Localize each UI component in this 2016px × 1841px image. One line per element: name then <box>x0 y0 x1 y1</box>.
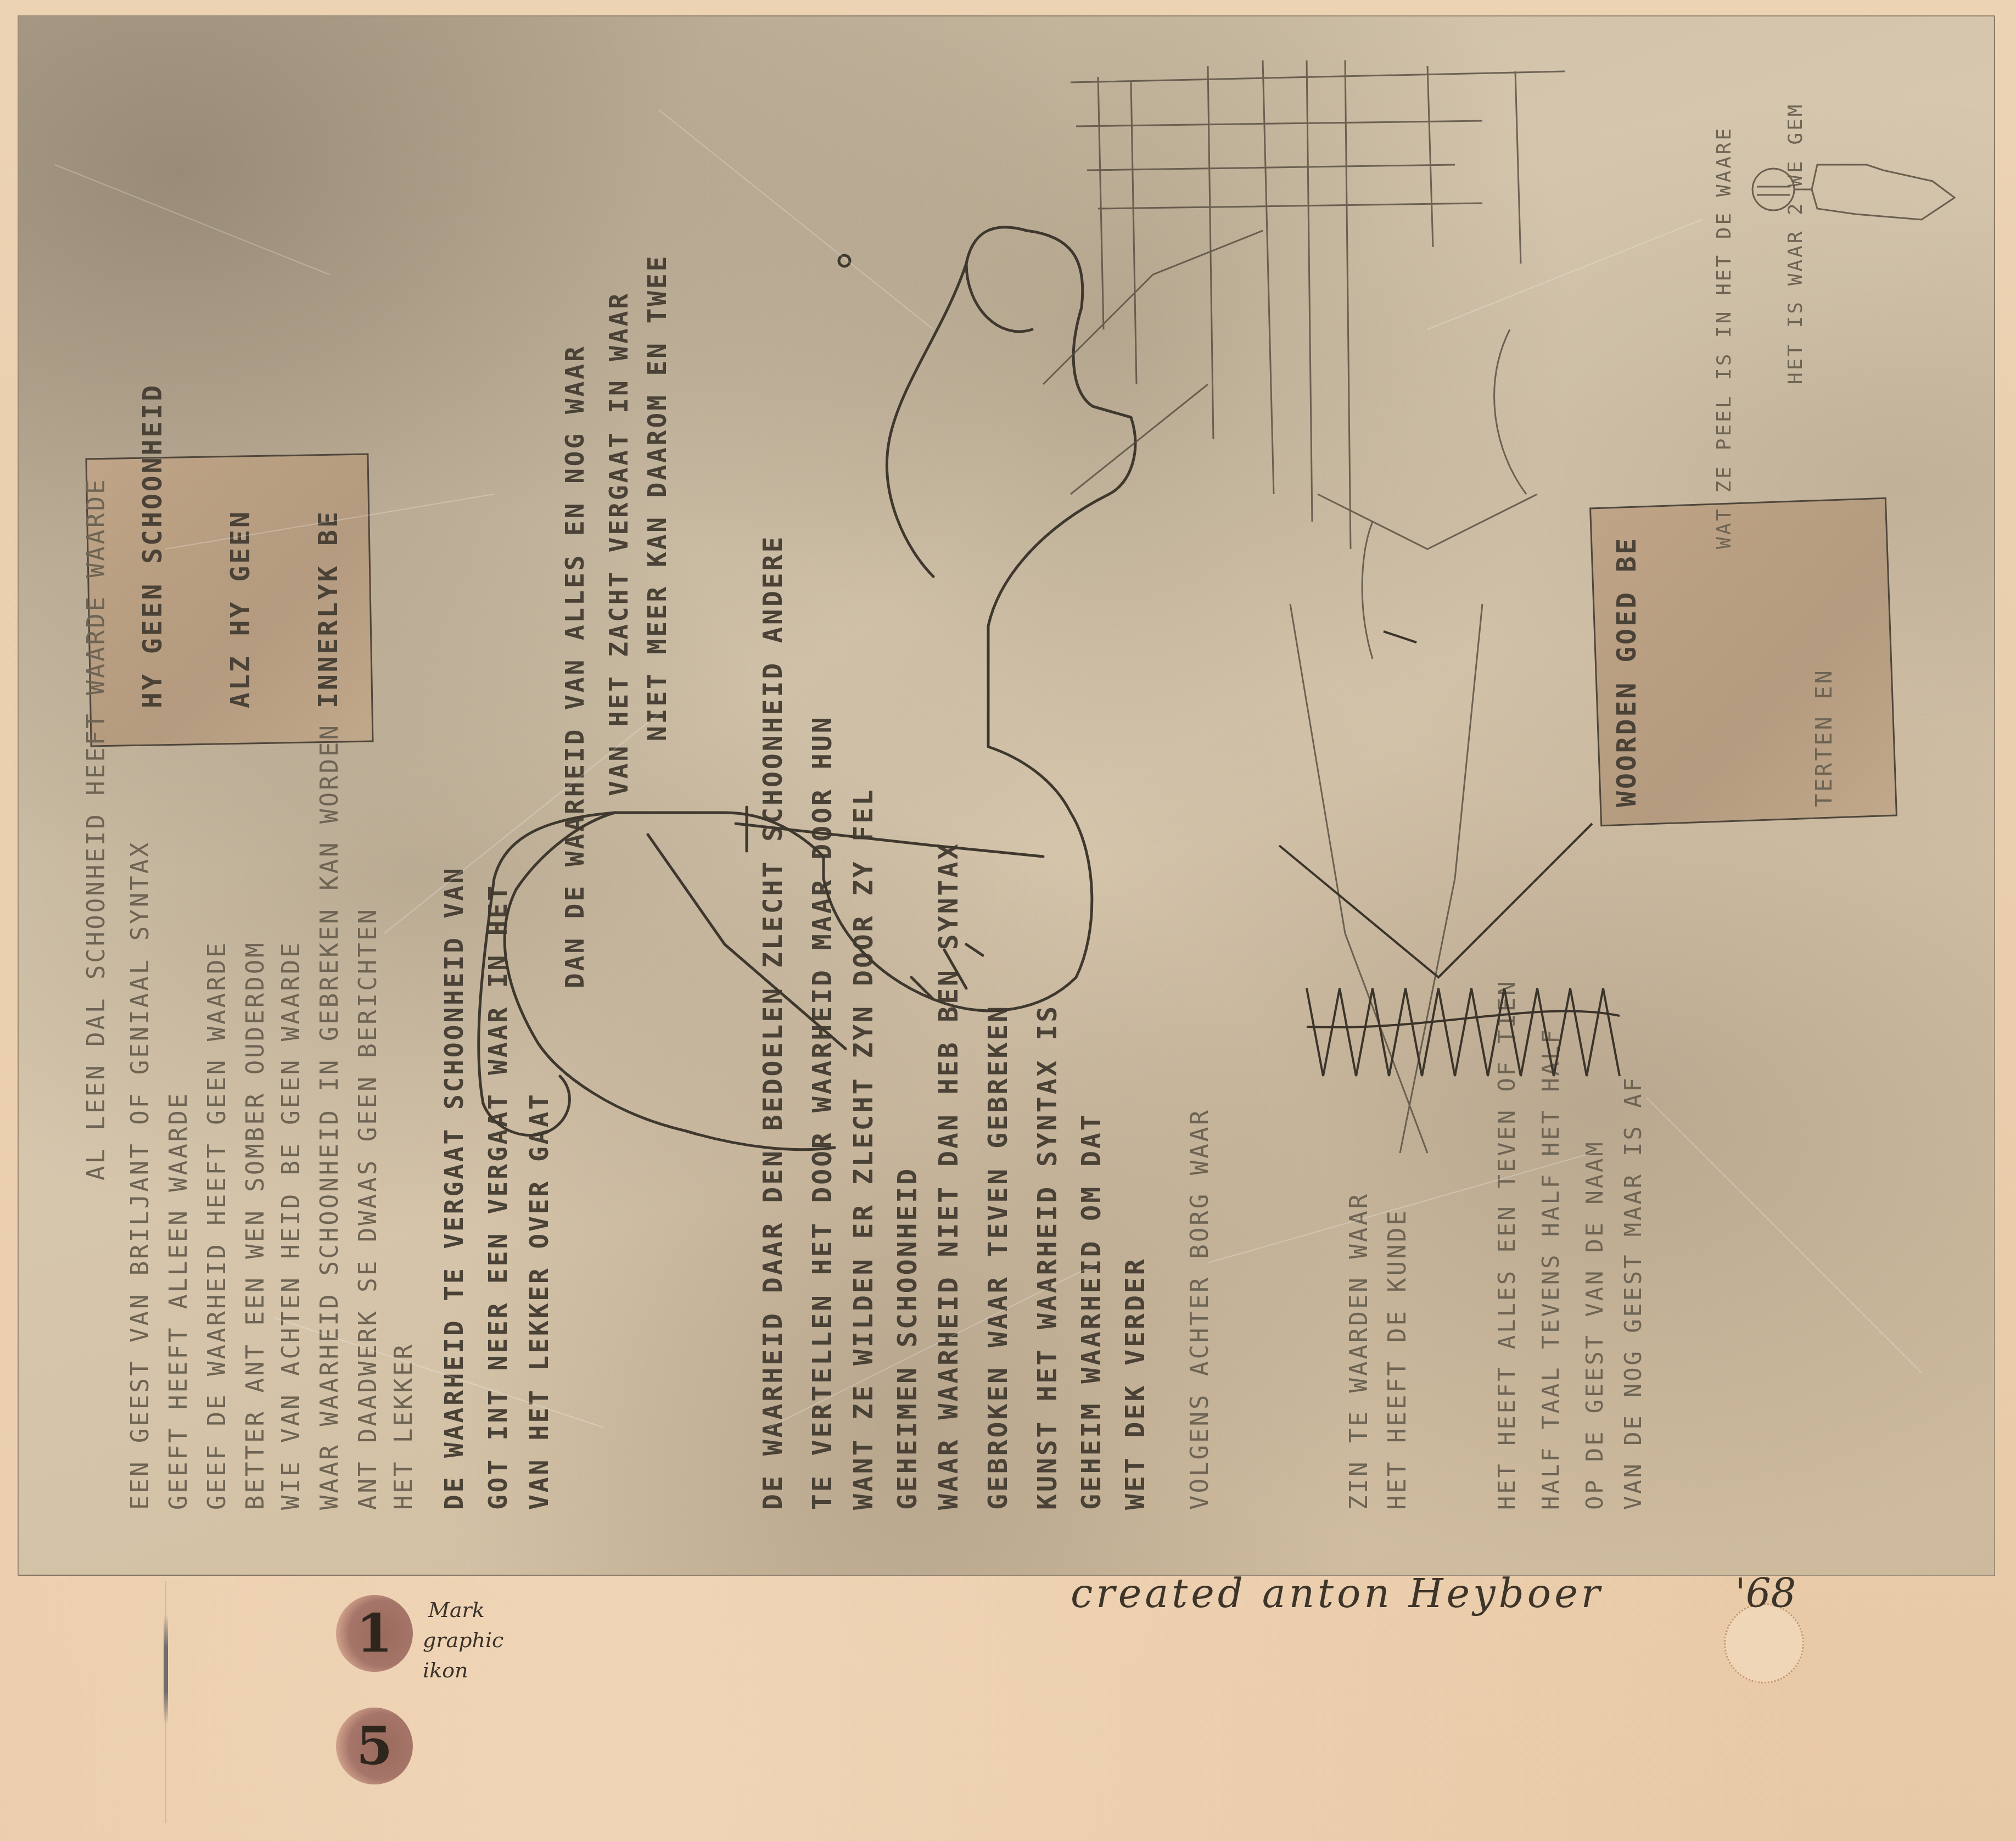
margin-pencil-mark <box>164 1614 168 1724</box>
text-column: BETTER ANT EEN WEN SOMBER OUDERDOM <box>242 941 270 1510</box>
artist-signature: created anton Heyboer <box>1071 1570 1603 1616</box>
rect-left-line: ALZ HY GEEN <box>225 510 256 708</box>
text-column: HET IS WAAR 2 WE GEM <box>1784 103 1807 384</box>
text-column: EEN GEEST VAN BRILJANT OF GENIAAL SYNTAX <box>126 840 154 1510</box>
text-column: WAT ZE PEEL IS IN HET DE WAARE <box>1713 126 1735 549</box>
text-column: VAN DE NOG GEEST MAAR IS AF <box>1620 1076 1647 1510</box>
text-column: VOLGENS ACHTER BORG WAAR <box>1186 1108 1214 1510</box>
text-column: HET LEKKER <box>390 1342 418 1510</box>
text-column: ZIN TE WAARDEN WAAR <box>1345 1192 1373 1510</box>
text-column: GOT INT NEER EEN VERGAAT WAAR IN HET <box>483 883 513 1510</box>
text-column: GEEFT HEEFT ALLEEN WAARDE <box>165 1092 193 1510</box>
text-column: DE WAARHEID TE VERGAAT SCHOONHEID VAN <box>439 866 469 1510</box>
text-column: HALF TAAL TEVENS HALF HET HALF <box>1537 1027 1564 1510</box>
text-column: DE WAARHEID DAAR DEN BEDOELEN ZLECHT SCH… <box>758 534 788 1510</box>
rect-left-line: INNERLYK BE <box>313 510 344 708</box>
rect-right-line: WOORDEN GOED BE <box>1611 536 1642 807</box>
rect-right-line: TERTEN EN <box>1812 668 1837 807</box>
stamp-note-line: Mark <box>428 1598 485 1622</box>
text-column: GEBROKEN WAAR TEVEN GEBREKEN <box>983 1004 1013 1510</box>
text-column: AL LEEN DAL SCHOONHEID HEEFT WAARDE WAAR… <box>82 477 110 1180</box>
stamp-1: 1 <box>336 1595 413 1672</box>
text-column: HET HEEFT ALLES EEN TEVEN OF TIEN <box>1493 980 1520 1510</box>
text-column: WIE VAN ACHTEN HEID BE GEEN WAARDE <box>277 941 305 1510</box>
stamp-note-line: graphic <box>423 1628 503 1652</box>
text-column: WANT ZE WILDEN ER ZLECHT ZYN DOOR ZY FEL <box>848 787 879 1510</box>
text-column: VAN HET LEKKER OVER GAAT <box>524 1092 554 1510</box>
rect-left-line: HY GEEN SCHOONHEID <box>137 383 168 708</box>
text-column: OP DE GEEST VAN DE NAAM <box>1581 1140 1608 1510</box>
text-column: WET DEK VERDER <box>1120 1257 1151 1510</box>
stamp-note-line: ikon <box>423 1658 468 1682</box>
text-column: HET HEEFT DE KUNDE <box>1384 1208 1412 1510</box>
signature-year: '68 <box>1735 1570 1796 1616</box>
text-column: GEEF DE WAARHEID HEEFT GEEN WAARDE <box>203 941 231 1510</box>
text-column: NIET MEER KAN DAAROM EN TWEE <box>642 254 672 741</box>
text-column: VAN HET ZACHT VERGAAT IN WAAR <box>604 292 634 796</box>
text-column: ANT DAADWERK SE DWAAS GEEN BERICHTEN <box>354 907 382 1510</box>
text-column: WAAR WAARHEID NIET DAN HEB BEN SYNTAX <box>933 842 964 1510</box>
stamp-5: 5 <box>336 1708 413 1784</box>
text-column: WAAR WAARHEID SCHOONHEID IN GEBREKEN KAN… <box>316 723 344 1510</box>
text-column: KUNST HET WAARHEID SYNTAX IS <box>1032 1004 1063 1510</box>
text-column: TE VERTELLEN HET DOOR WAARHEID MAAR DOOR… <box>807 715 838 1510</box>
text-column: GEHEIMEN SCHOONHEID <box>892 1167 923 1510</box>
text-column: GEHEIM WAARHEID OM DAT <box>1076 1112 1107 1510</box>
text-column: DAN DE WAARHEID VAN ALLES EN NOG WAAR <box>560 344 590 988</box>
